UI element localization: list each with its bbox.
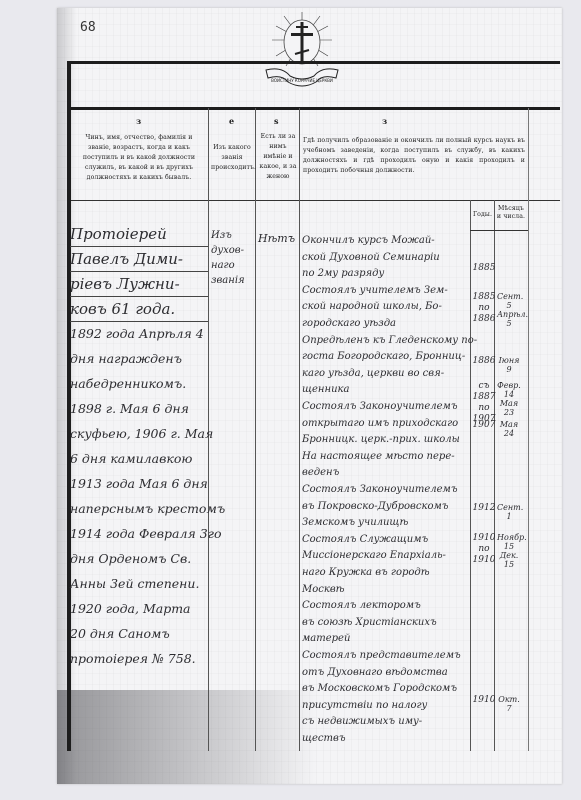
- service-line: госта Богородскаго, Бронниц-: [302, 349, 468, 366]
- name-rank-line: Протоіерей: [70, 222, 206, 246]
- service-line: Миссіонерскаго Епархіаль-: [302, 548, 468, 565]
- service-line: матерей: [302, 631, 468, 648]
- service-line: щенника: [302, 382, 468, 399]
- name-rank-line: наперснымъ крестомъ: [70, 497, 206, 521]
- service-month-day: Окт. 7: [497, 695, 521, 713]
- service-line: Состоялъ Служащимъ: [302, 532, 468, 549]
- name-rank-line: дня Орденомъ Св.: [70, 547, 206, 571]
- service-year: 1912: [472, 503, 496, 514]
- name-rank-line: 1914 года Февраля 3го: [70, 522, 206, 546]
- service-line: открытаго имъ приходскаго: [302, 416, 468, 433]
- service-month-day: Ноябр. 15 Дек. 15: [497, 533, 521, 569]
- service-line: въ Покровско-Дубровскомъ: [302, 499, 468, 516]
- name-rank-line: протоіерея № 758.: [70, 647, 206, 671]
- service-line: Состоялъ учителемъ Зем-: [302, 283, 468, 300]
- header-name-rank: Чинъ, имя, отчество, фамилія и званіе, в…: [74, 133, 204, 183]
- service-line: Состоялъ Законоучителемъ: [302, 399, 468, 416]
- service-line: Земскомъ училищѣ: [302, 515, 468, 532]
- name-rank-line: 20 дня Саномъ: [70, 622, 206, 646]
- header-top-border: [67, 107, 560, 110]
- service-line: присутствіи по налогу: [302, 698, 468, 715]
- service-line: Бронницк. церк.-прих. школы: [302, 432, 468, 449]
- service-line: по 2му разряду: [302, 266, 468, 283]
- service-line: съ недвижимыхъ иму-: [302, 714, 468, 731]
- header-bottom-border: [67, 200, 560, 201]
- name-rank-line: скуфьею, 1906 г. Мая: [70, 422, 206, 446]
- service-line: ской Духовной Семинаріи: [302, 250, 468, 267]
- orthodox-cross-emblem-icon: ВОИСТИНУ КОРМЧИЕ ЦЕРКВИ: [262, 10, 342, 90]
- service-month-day: Февр. 14 Мая 23: [497, 381, 521, 417]
- service-line: Состоялъ Законоучителемъ: [302, 482, 468, 499]
- service-year: съ 1887 по 1907: [472, 381, 496, 425]
- name-rank-line: набедренникомъ.: [70, 372, 206, 396]
- scan-shadow-bottom: [57, 690, 317, 784]
- name-rank-line: дня награжденъ: [70, 347, 206, 371]
- origin-line: наго: [211, 260, 235, 271]
- page-number: 68: [80, 20, 96, 35]
- name-rank-line: 6 дня камилавкою: [70, 447, 206, 471]
- column-number-4: з: [382, 116, 387, 126]
- service-line: наго Кружка въ городѣ: [302, 565, 468, 582]
- origin-line: духов-: [211, 245, 244, 256]
- service-line: отъ Духовнаго вѣдомства: [302, 665, 468, 682]
- property-value: Нѣтъ: [258, 232, 295, 245]
- name-rank-line: 1920 года, Марта: [70, 597, 206, 621]
- service-line: ской народной школы, Бо-: [302, 299, 468, 316]
- column-number-3: ѕ: [274, 116, 279, 126]
- name-rank-line: 1913 года Мая 6 дня: [70, 472, 206, 496]
- col-divider-3: [299, 108, 300, 751]
- service-year: 1907: [472, 420, 496, 431]
- service-line: Состоялъ представителемъ: [302, 648, 468, 665]
- header-service: Гдѣ получилъ образованіе и окончилъ ли п…: [303, 136, 525, 176]
- subheader-border: [470, 230, 528, 231]
- service-month-day: Іюня 9: [497, 356, 521, 374]
- service-line: городскаго уѣзда: [302, 316, 468, 333]
- subheader-year: Годы.: [471, 210, 494, 220]
- service-month-day: Мая 24: [497, 420, 521, 438]
- right-border: [528, 108, 529, 751]
- service-month-day: Сент. 1: [497, 503, 521, 521]
- service-year: 1910: [472, 695, 496, 706]
- name-rank-line: 1892 года Апрѣля 4: [70, 322, 206, 346]
- header-property: Есть ли за нимъ имѣніе и какое, и за жен…: [258, 132, 298, 182]
- service-line: Москвѣ: [302, 582, 468, 599]
- header-origin: Изъ какого званія происходитъ.: [211, 143, 253, 173]
- name-rank-line: Павелъ Дими-: [70, 247, 206, 271]
- name-rank-line: 1898 г. Мая 6 дня: [70, 397, 206, 421]
- column-number-1: з: [136, 116, 141, 126]
- name-rank-line: Анны 3ей степени.: [70, 572, 206, 596]
- service-line: ществъ: [302, 731, 468, 748]
- service-line: Окончилъ курсъ Можай-: [302, 233, 468, 250]
- service-line: въ союзѣ Христіанскихъ: [302, 615, 468, 632]
- column-number-2: е: [229, 116, 234, 126]
- origin-line: Изъ: [211, 230, 232, 241]
- service-line: въ Московскомъ Городскомъ: [302, 681, 468, 698]
- service-line: Опредѣленъ къ Гледенскому по-: [302, 333, 468, 350]
- service-year: 1885 по 1886: [472, 292, 496, 325]
- service-line: Состоялъ лекторомъ: [302, 598, 468, 615]
- top-border: [67, 61, 560, 64]
- service-year: 1885: [472, 263, 496, 274]
- col-divider-month: [494, 200, 495, 751]
- service-year: 1886: [472, 356, 496, 367]
- service-line: веденъ: [302, 465, 468, 482]
- service-line: каго уѣзда, церкви во свя-: [302, 366, 468, 383]
- name-rank-line: ковъ 61 года.: [70, 297, 206, 321]
- service-line: На настоящее мѣсто пере-: [302, 449, 468, 466]
- service-year: 1910 по 1910: [472, 533, 496, 566]
- svg-text:ВОИСТИНУ КОРМЧИЕ ЦЕРКВИ: ВОИСТИНУ КОРМЧИЕ ЦЕРКВИ: [271, 78, 333, 83]
- name-rank-line: ріевъ Лужни-: [70, 272, 206, 296]
- service-month-day: Сент. 5 Апрѣл. 5: [497, 292, 521, 328]
- origin-line: званія: [211, 275, 245, 286]
- col-divider-2: [255, 108, 256, 751]
- col-divider-year: [470, 200, 471, 751]
- subheader-month-day: Мѣсяцъ и числа.: [495, 205, 527, 221]
